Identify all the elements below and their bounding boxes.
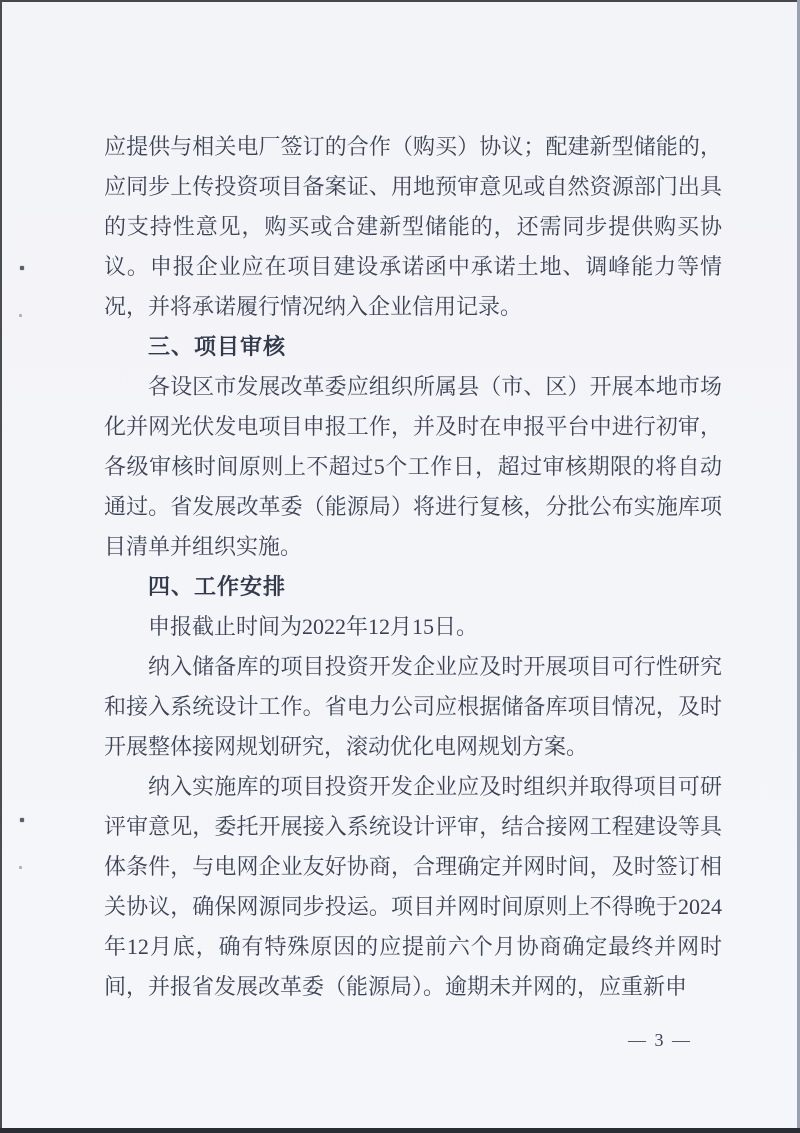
paragraph: 纳入储备库的项目投资开发企业应及时开展项目可行性研究和接入系统设计工作。省电力公… bbox=[104, 647, 722, 767]
scan-edge-left bbox=[0, 0, 2, 1133]
paragraph-continuation: 应提供与相关电厂签订的合作（购买）协议；配建新型储能的，应同步上传投资项目备案证… bbox=[104, 127, 722, 327]
section-heading-work-arrangement: 四、工作安排 bbox=[104, 567, 722, 607]
paragraph: 各设区市发展改革委应组织所属县（市、区）开展本地市场化并网光伏发电项目申报工作，… bbox=[104, 367, 722, 567]
scan-edge-top bbox=[0, 0, 800, 2]
scanned-document-page: 应提供与相关电厂签订的合作（购买）协议；配建新型储能的，应同步上传投资项目备案证… bbox=[0, 0, 800, 1133]
binding-mark bbox=[19, 314, 22, 317]
binding-mark bbox=[19, 866, 22, 869]
scan-edge-bottom bbox=[0, 1128, 800, 1133]
paragraph: 纳入实施库的项目投资开发企业应及时组织并取得项目可研评审意见，委托开展接入系统设… bbox=[104, 767, 722, 1007]
section-heading-project-review: 三、项目审核 bbox=[104, 327, 722, 367]
paragraph-deadline: 申报截止时间为2022年12月15日。 bbox=[104, 607, 722, 647]
document-body: 应提供与相关电厂签订的合作（购买）协议；配建新型储能的，应同步上传投资项目备案证… bbox=[104, 127, 722, 1007]
binding-mark bbox=[20, 266, 24, 270]
binding-mark bbox=[20, 818, 24, 822]
page-number: — 3 — bbox=[608, 1028, 712, 1052]
